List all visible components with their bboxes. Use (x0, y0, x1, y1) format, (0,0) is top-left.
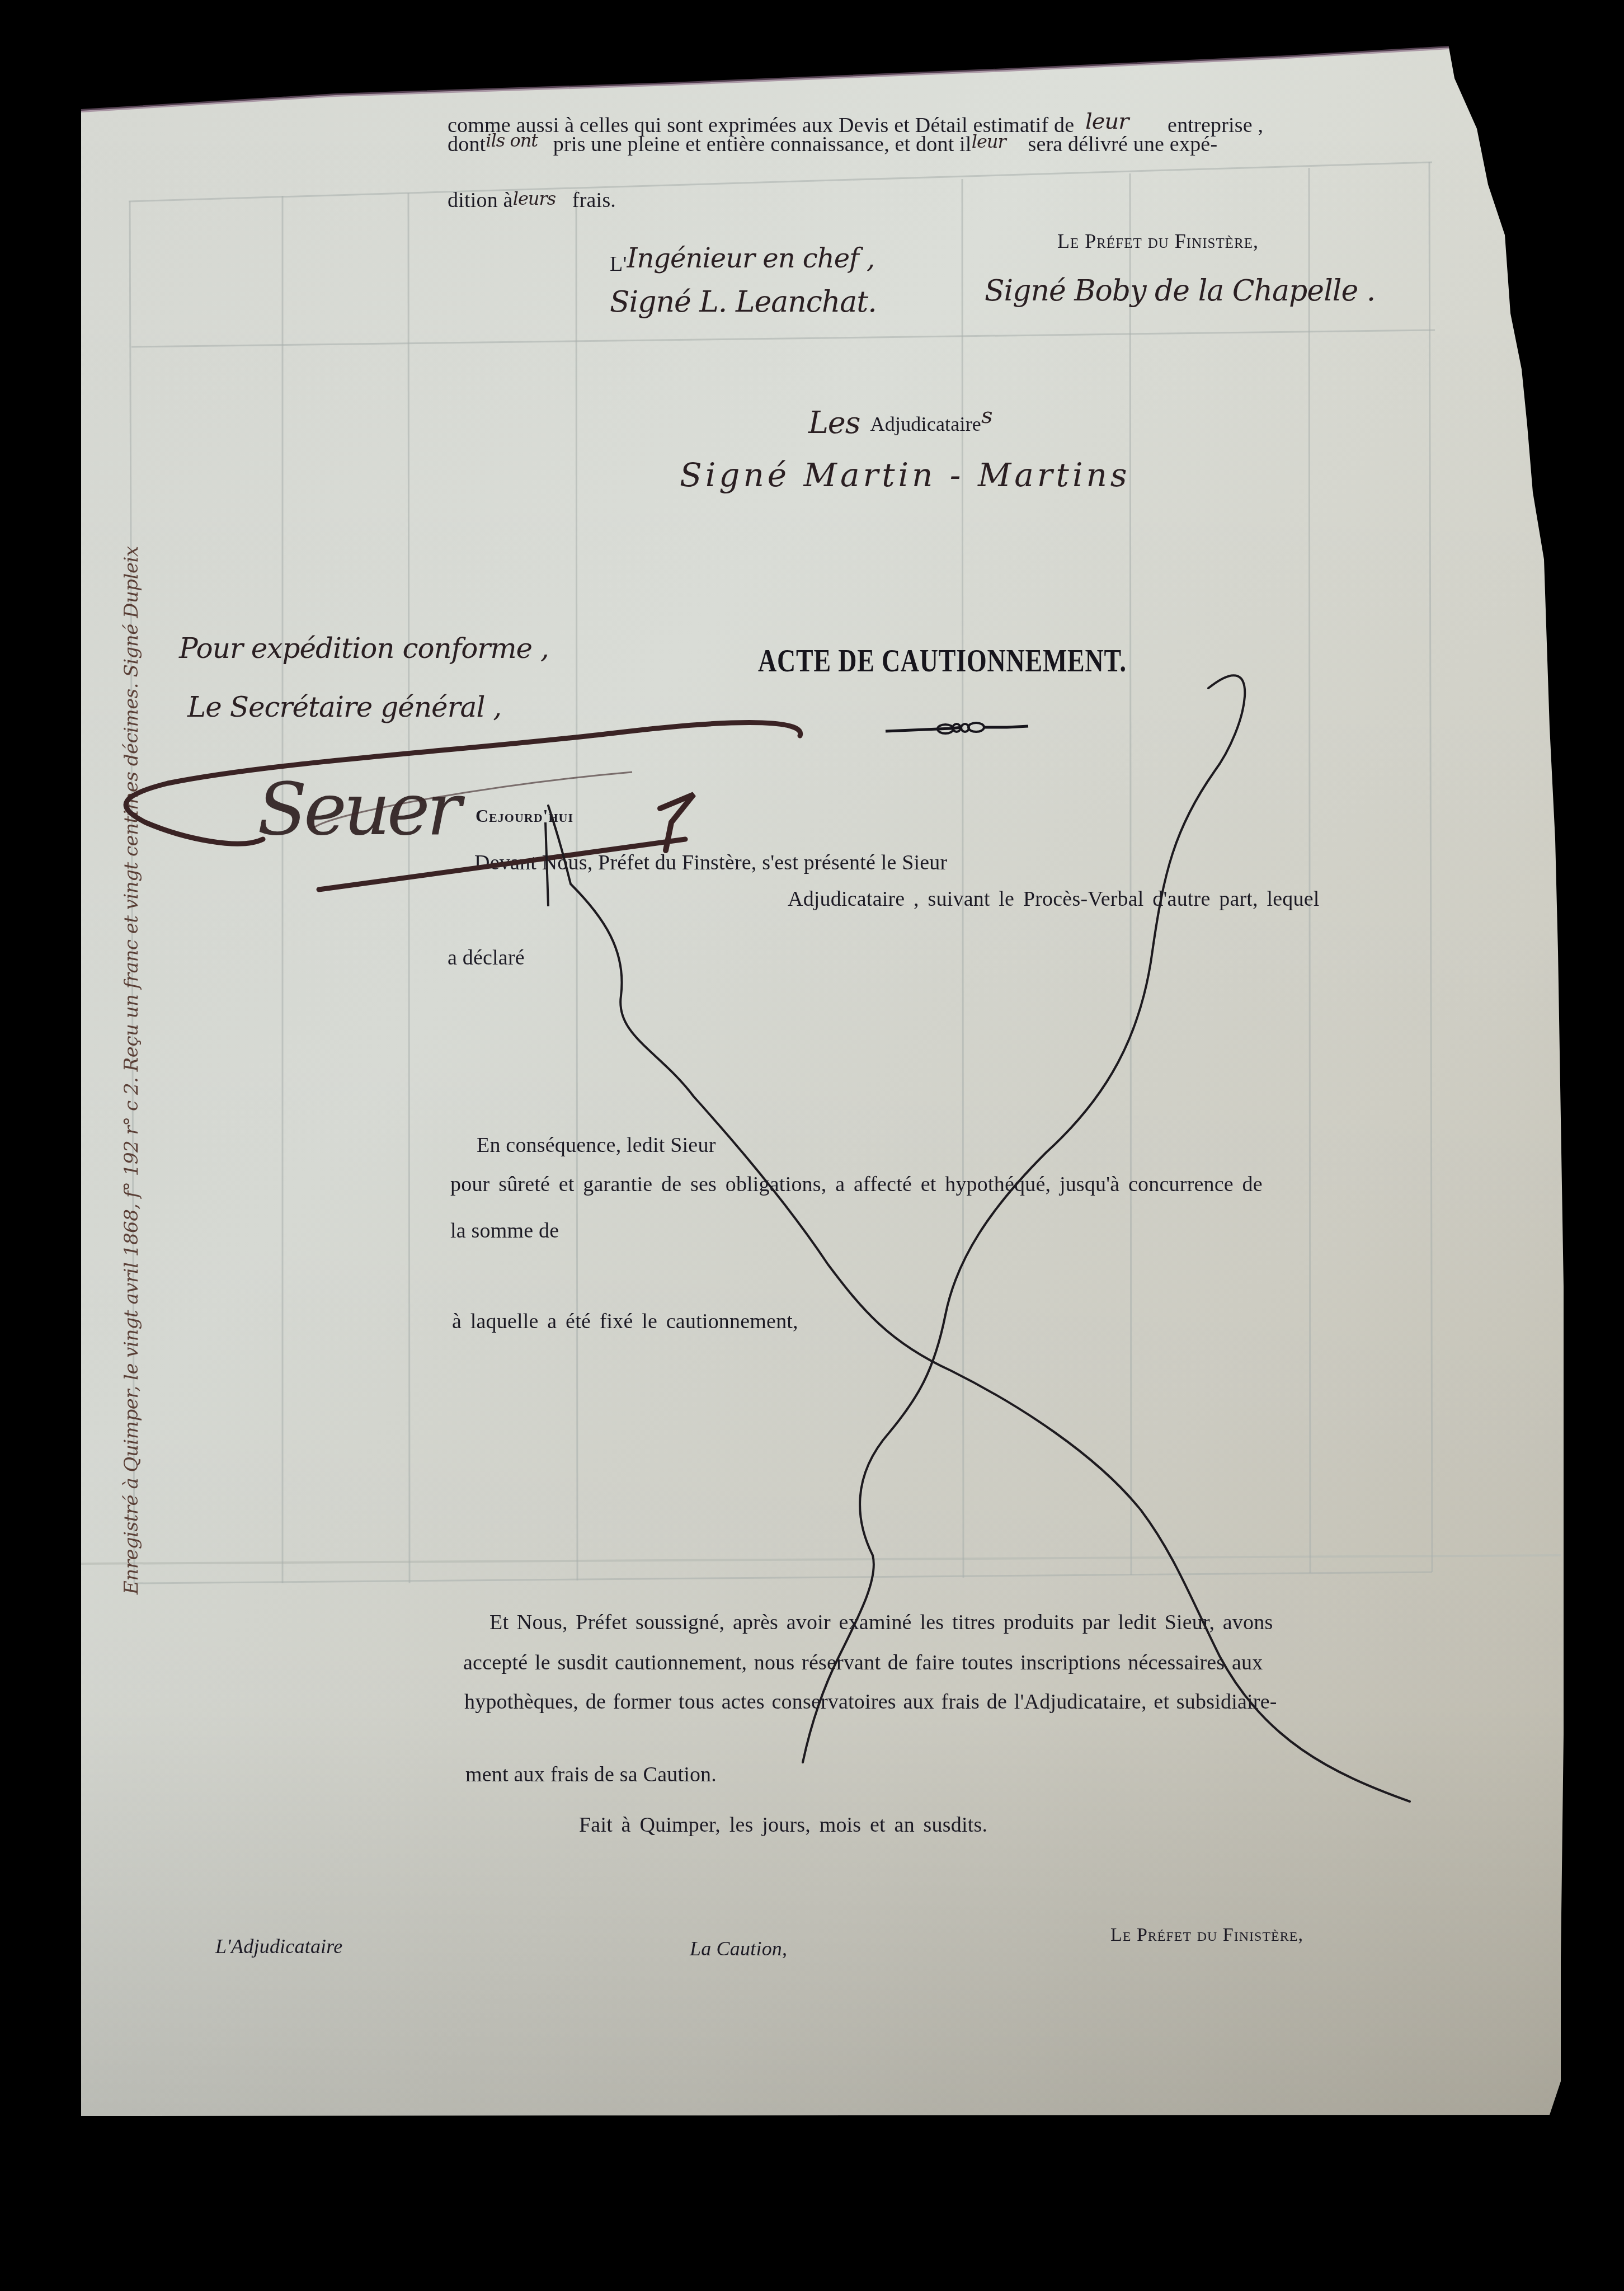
adjudicataire-signature: Signé Martin - Martins (680, 456, 1131, 494)
act-opening: Cejourd'hui (476, 806, 573, 826)
handwritten-fill: leur (1085, 109, 1128, 134)
footer-prefect-label: Le Préfet du Finistère, (1110, 1925, 1303, 1946)
secretary-signature: Seuer (257, 766, 458, 852)
prefect-signature: Signé Boby de la Chapelle . (985, 274, 1375, 308)
printed-text: L' (610, 252, 627, 276)
act-para3-line3: hypothèques, de former tous actes conser… (464, 1690, 1277, 1714)
act-para2-line4: à laquelle a été fixé le cautionnement, (452, 1309, 798, 1334)
act-para2-line2: pour sûreté et garantie de ses obligatio… (450, 1172, 1263, 1197)
act-closing: Fait à Quimper, les jours, mois et an su… (579, 1813, 987, 1837)
act-para3-line4: ment aux frais de sa Caution. (465, 1762, 717, 1787)
handwritten-text: s (981, 403, 992, 429)
act-para1-line3: a déclaré (448, 945, 525, 970)
certification-line-1: Pour expédition conforme , (179, 632, 549, 665)
footer-adjudicataire-label: L'Adjudicataire (215, 1935, 342, 1958)
printed-text: sera délivré une expé- (1028, 133, 1217, 156)
act-para2-line1: En conséquence, ledit Sieur (477, 1133, 715, 1158)
printed-text: dont (448, 133, 486, 156)
act-para2-line3: la somme de (450, 1219, 559, 1243)
handwritten-fill: ils ont (486, 130, 538, 151)
handwritten-fill: leur (972, 131, 1006, 152)
handwritten-title: Ingénieur en chef , (627, 243, 874, 274)
footer-caution-label: La Caution, (690, 1937, 787, 1960)
act-para3-line2: accepté le susdit cautionnement, nous ré… (463, 1650, 1263, 1675)
printed-text: pris une pleine et entière connaissance,… (553, 133, 972, 156)
adjudicataire-title: LesAdjudicataires (808, 403, 981, 438)
registration-margin-note: Enregistré à Quimper, le vingt avril 186… (120, 546, 143, 1594)
clause-line-3: dition àleurs frais. (448, 188, 616, 213)
clause-line-2: dontils ont pris une pleine et entière c… (448, 132, 1217, 157)
prefect-title-top: Le Préfet du Finistère, (1057, 229, 1259, 253)
document-page: comme aussi à celles qui sont exprimées … (0, 0, 1624, 2291)
printed-text: dition à (448, 189, 513, 212)
act-para3-line1: Et Nous, Préfet soussigné, après avoir e… (489, 1610, 1273, 1635)
handwritten-text: Les (808, 405, 860, 440)
printed-text: Adjudicataire (870, 413, 982, 435)
act-title: ACTE DE CAUTIONNEMENT. (758, 643, 1127, 679)
handwritten-fill: leurs (513, 188, 556, 209)
act-para1-line1: Devant Nous, Préfet du Finstère, s'est p… (474, 850, 947, 875)
engineer-title: L'Ingénieur en chef , (610, 246, 874, 277)
engineer-signature: Signé L. Leanchat. (610, 285, 877, 319)
printed-text: frais. (572, 189, 616, 212)
certification-line-2: Le Secrétaire général , (187, 691, 501, 723)
act-para1-line2: Adjudicataire , suivant le Procès-Verbal… (788, 887, 1320, 911)
